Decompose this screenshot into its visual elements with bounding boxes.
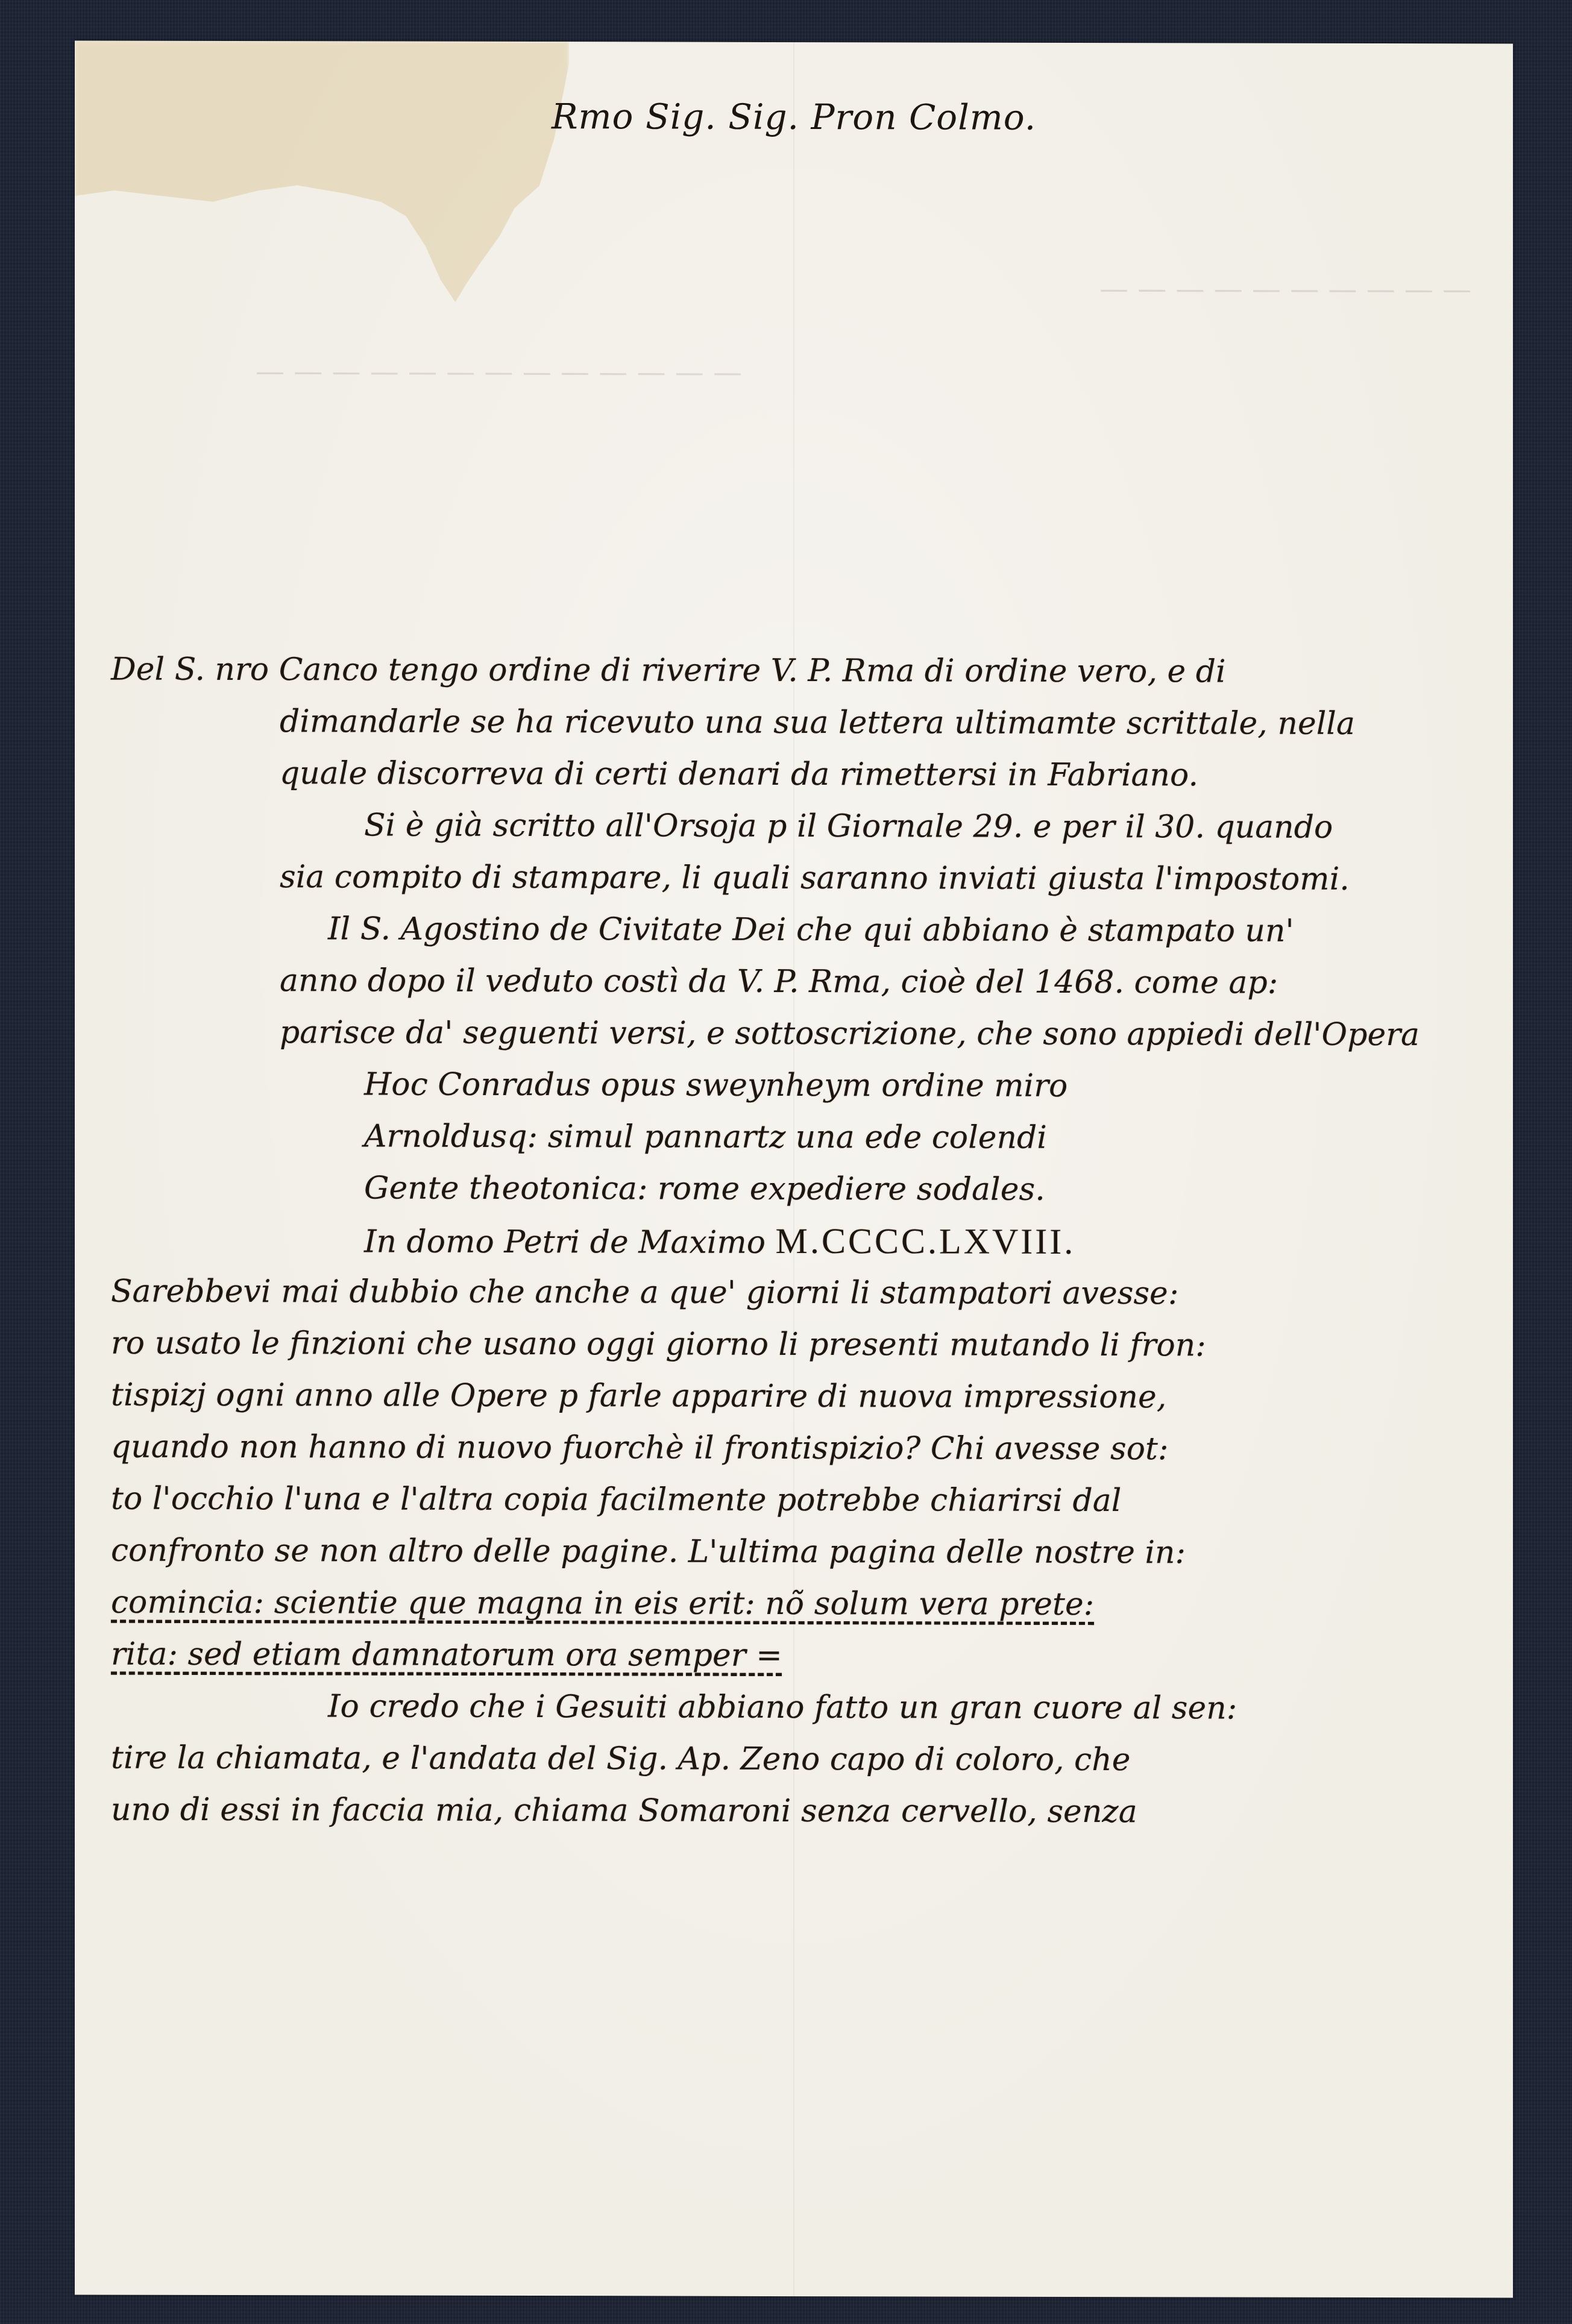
bleed-through-text: — — — — — — — — — — xyxy=(1099,272,1471,306)
bleed-through-text: — — — — — — — — — — — — — xyxy=(256,354,742,389)
text-line: anno dopo il veduto costì da V. P. Rma, … xyxy=(111,955,1491,1010)
text-line: to l'occhio l'una e l'altra copia facilm… xyxy=(111,1473,1491,1528)
text-line: Del S. nro Canco tengo ordine di riverir… xyxy=(111,644,1491,699)
text-line: quando non hanno di nuovo fuorchè il fro… xyxy=(111,1421,1491,1476)
colophon-date: M.CCCC.LXVIII. xyxy=(776,1221,1076,1261)
text-line: Si è già scritto all'Orsoja p il Giornal… xyxy=(111,799,1491,854)
text-line: Il S. Agostino de Civitate Dei che qui a… xyxy=(111,903,1491,958)
text-line: tire la chiamata, e l'andata del Sig. Ap… xyxy=(111,1732,1491,1787)
verse-line: Gente theotonica: rome expediere sodales… xyxy=(111,1162,1491,1217)
verse-line: Hoc Conradus opus sweynheym ordine miro xyxy=(111,1058,1491,1113)
text-line: ro usato le finzioni che usano oggi gior… xyxy=(111,1317,1491,1372)
colophon-line: In domo Petri de Maximo M.CCCC.LXVIII. xyxy=(111,1214,1491,1269)
text-line: dimandarle se ha ricevuto una sua letter… xyxy=(111,696,1491,750)
salutation: Rmo Sig. Sig. Pron Colmo. xyxy=(75,95,1513,139)
quoted-latin-line: rita: sed etiam damnatorum ora semper = xyxy=(111,1628,1491,1683)
letter-body: Del S. nro Canco tengo ordine di riverir… xyxy=(111,644,1491,1839)
text-line: parisce da' seguenti versi, e sottoscriz… xyxy=(111,1007,1491,1061)
text-line: Io credo che i Gesuiti abbiano fatto un … xyxy=(111,1680,1491,1735)
verse-line: Arnoldusq: simul pannartz una ede colend… xyxy=(111,1110,1491,1165)
text-line: quale discorreva di certi denari da rime… xyxy=(111,747,1491,802)
manuscript-page: — — — — — — — — — — — — — — — — — — — — … xyxy=(75,41,1513,2298)
colophon-text: In domo Petri de Maximo xyxy=(364,1224,766,1261)
text-line: confronto se non altro delle pagine. L'u… xyxy=(111,1525,1491,1580)
text-line: uno di essi in faccia mia, chiama Somaro… xyxy=(111,1784,1491,1839)
text-line: tispizj ogni anno alle Opere p farle app… xyxy=(111,1369,1491,1424)
quoted-latin-line: comincia: scientie que magna in eis erit… xyxy=(111,1577,1491,1632)
water-stain xyxy=(75,41,569,319)
text-line: sia compito di stampare, li quali sarann… xyxy=(111,851,1491,906)
text-line: Sarebbevi mai dubbio che anche a que' gi… xyxy=(111,1266,1491,1321)
